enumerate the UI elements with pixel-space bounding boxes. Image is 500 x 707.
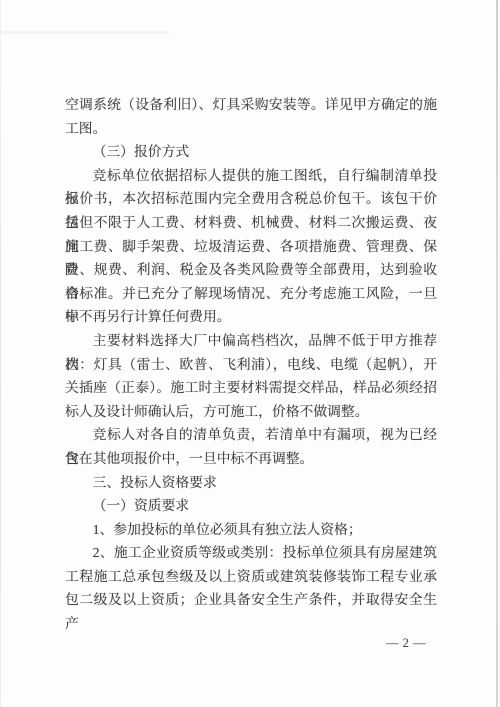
text-line: 关插座（正泰）。施工时主要材料需提交样品，样品必须经招 [65, 376, 437, 400]
document-text-block: 空调系统（设备利旧）、灯具采购安装等。详见甲方确定的施工图。（三）报价方式竞标单… [65, 93, 437, 612]
scanned-document-page: 空调系统（设备利旧）、灯具采购安装等。详见甲方确定的施工图。（三）报价方式竞标单… [0, 0, 500, 707]
text-line: 次：灯具（雷士、欧普、飞利浦），电线、电缆（起帆），开 [65, 353, 437, 377]
scan-edge-right [496, 0, 498, 707]
text-line: 空调系统（设备利旧）、灯具采购安装等。详见甲方确定的施 [65, 93, 437, 117]
text-line: 括但不限于人工费、材料费、机械费、材料二次搬运费、夜间 [65, 211, 437, 235]
scan-edge-left [0, 0, 1, 707]
text-line: 竞标人对各自的清单负责，若清单中有漏项，视为已经包 [65, 423, 437, 447]
text-line: 包二级及以上资质；企业具备安全生产条件，并取得安全生产 [65, 588, 437, 612]
text-line: 1、参加投标的单位必须具有独立法人资格； [65, 518, 437, 542]
text-line: （一）资质要求 [65, 494, 437, 518]
text-line: 2、施工企业资质等级或类别：投标单位须具有房屋建筑 [65, 541, 437, 565]
text-line: 标人及设计师确认后，方可施工，价格不做调整。 [65, 400, 437, 424]
text-line: 主要材料选择大厂中偏高档档次，品牌不低于甲方推荐档 [65, 329, 437, 353]
text-line: 标不再另行计算任何费用。 [65, 305, 437, 329]
text-line: 费、规费、利润、税金及各类风险费等全部费用，达到验收合 [65, 258, 437, 282]
text-line: （三）报价方式 [65, 140, 437, 164]
text-line: 格标准。并已充分了解现场情况、充分考虑施工风险，一旦中 [65, 282, 437, 306]
text-line: 工程施工总承包叁级及以上资质或建筑装修装饰工程专业承 [65, 565, 437, 589]
scan-smudge-artifact [0, 31, 170, 34]
text-line: 施工费、脚手架费、垃圾清运费、各项措施费、管理费、保险 [65, 235, 437, 259]
text-line: 三、投标人资格要求 [65, 471, 437, 495]
text-line: 工图。 [65, 117, 437, 141]
text-line: 报价书，本次招标范围内完全费用含税总价包干。该包干价包 [65, 187, 437, 211]
page-number: — 2 — [381, 634, 431, 652]
text-line: 竞标单位依据招标人提供的施工图纸，自行编制清单投标 [65, 164, 437, 188]
text-line: 含在其他项报价中，一旦中标不再调整。 [65, 447, 437, 471]
